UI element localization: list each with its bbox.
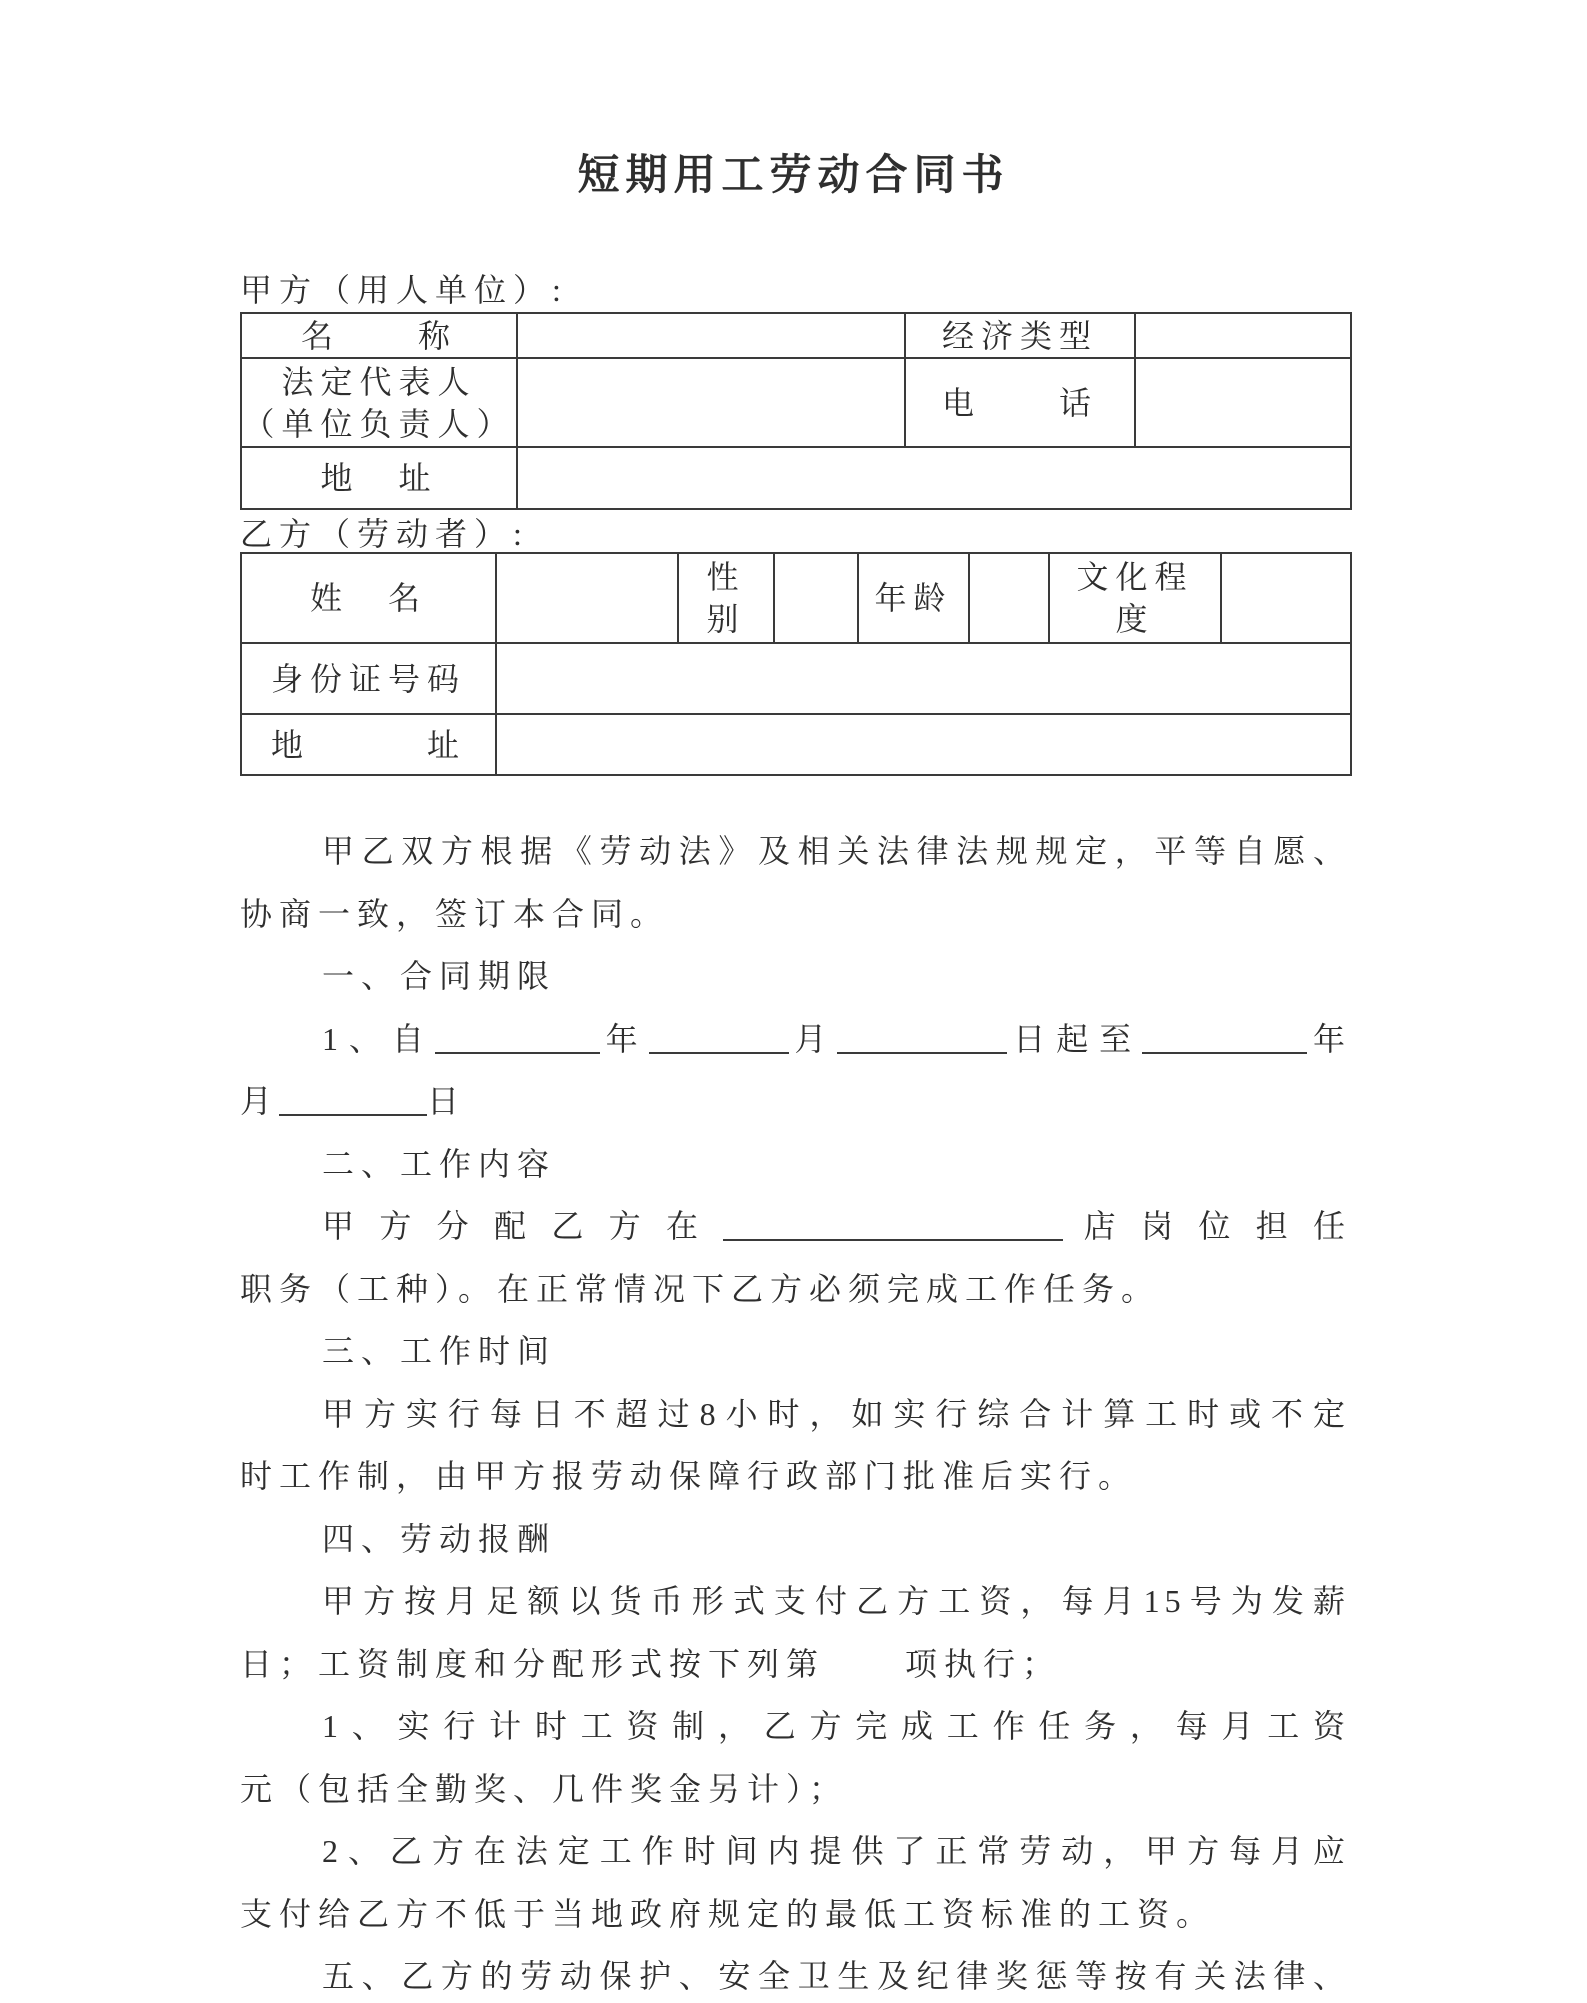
blank-end-year-field [1142, 1008, 1307, 1054]
age-label-cell: 年龄 [858, 553, 969, 643]
gender-label-cell: 性 别 [678, 553, 774, 643]
party-a-heading: 甲方（用人单位）: [240, 268, 568, 312]
pay-item-2-line-2: 支付给乙方不低于当地政府规定的最低工资标准的工资。 [240, 1883, 1350, 1946]
blank-start-month-field [649, 1008, 789, 1054]
body-paragraph-1-line-1: 甲乙双方根据《劳动法》及相关法律法规规定，平等自愿、 [240, 820, 1350, 883]
table-row: 法定代表人 （单位负责人） 电 话 [241, 358, 1351, 447]
id-number-value-cell [496, 643, 1351, 714]
party-b-heading: 乙方（劳动者）: [240, 512, 529, 556]
phone-label-cell: 电 话 [905, 358, 1135, 447]
legal-rep-label-cell: 法定代表人 （单位负责人） [241, 358, 517, 447]
blank-start-day-field [837, 1008, 1007, 1054]
party-b-address-label-cell: 地 址 [241, 714, 496, 775]
blank-option-number-gap [825, 1633, 905, 1677]
date-line-year1-label: 年 [600, 1021, 649, 1057]
contract-document-page: 短期用工劳动合同书 甲方（用人单位）: 名 称 经济类型 法定代表人 （单位负责… [0, 0, 1587, 2003]
date-line2-day-label: 日 [427, 1083, 466, 1119]
table-row: 姓 名 性 别 年龄 文化程 度 [241, 553, 1351, 643]
phone-value-cell [1135, 358, 1351, 447]
section-heading-3: 三、工作时间 [240, 1320, 1350, 1383]
party-b-address-value-cell [496, 714, 1351, 775]
pay-line-2-suffix: 项执行； [905, 1646, 1061, 1682]
table-row: 名 称 经济类型 [241, 313, 1351, 358]
pay-line-2-prefix: 日；工资制度和分配形式按下列第 [240, 1646, 825, 1682]
company-name-label-cell: 名 称 [241, 313, 517, 358]
education-value-cell [1221, 553, 1351, 643]
contract-term-date-line: 1、自年月日起至年 [240, 1008, 1350, 1071]
work-time-line-2: 时工作制，由甲方报劳动保障行政部门批准后实行。 [240, 1445, 1350, 1508]
pay-line-2: 日；工资制度和分配形式按下列第项执行； [240, 1633, 1350, 1696]
date-line-prefix: 1、自 [322, 1021, 435, 1057]
blank-start-year-field [435, 1008, 600, 1054]
body-paragraph-1-line-2: 协商一致，签订本合同。 [240, 883, 1350, 946]
section-heading-4: 四、劳动报酬 [240, 1508, 1350, 1571]
section-heading-1: 一、合同期限 [240, 945, 1350, 1008]
blank-end-month-field [279, 1070, 427, 1116]
document-title: 短期用工劳动合同书 [0, 145, 1587, 207]
section-heading-2: 二、工作内容 [240, 1133, 1350, 1196]
work-time-line-1: 甲方实行每日不超过8小时，如实行综合计算工时或不定 [240, 1383, 1350, 1446]
work-line-prefix: 甲方分配乙方在 [322, 1208, 723, 1244]
age-value-cell [969, 553, 1049, 643]
date-line-month1-label: 月 [789, 1021, 838, 1057]
work-assignment-line-2: 职务（工种）。在正常情况下乙方必须完成工作任务。 [240, 1258, 1350, 1321]
party-a-address-value-cell [517, 447, 1351, 509]
party-a-table: 名 称 经济类型 法定代表人 （单位负责人） 电 话 地 址 [240, 312, 1352, 510]
work-line-suffix: 店岗位担任 [1063, 1208, 1350, 1244]
date-line-year2-label: 年 [1307, 1021, 1350, 1057]
pay-item-2-line-1: 2、乙方在法定工作时间内提供了正常劳动，甲方每月应 [240, 1820, 1350, 1883]
gender-label-line2: 别 [679, 598, 773, 640]
table-row: 身份证号码 [241, 643, 1351, 714]
legal-rep-value-cell [517, 358, 905, 447]
table-row: 地 址 [241, 447, 1351, 509]
section-5-line-1: 五、乙方的劳动保护、安全卫生及纪律奖惩等按有关法律、 [240, 1945, 1350, 2003]
contract-body: 甲乙双方根据《劳动法》及相关法律法规规定，平等自愿、 协商一致，签订本合同。 一… [240, 820, 1350, 2003]
company-name-value-cell [517, 313, 905, 358]
econ-type-label-cell: 经济类型 [905, 313, 1135, 358]
worker-name-value-cell [496, 553, 678, 643]
worker-name-label-cell: 姓 名 [241, 553, 496, 643]
id-number-label-cell: 身份证号码 [241, 643, 496, 714]
pay-line-1: 甲方按月足额以货币形式支付乙方工资，每月15号为发薪 [240, 1570, 1350, 1633]
table-row: 地 址 [241, 714, 1351, 775]
pay-item-1-line-2: 元（包括全勤奖、几件奖金另计）； [240, 1758, 1350, 1821]
education-label-line1: 文化程 [1050, 556, 1220, 598]
pay-item-1-line-1: 1、实行计时工资制，乙方完成工作任务，每月工资 [240, 1695, 1350, 1758]
legal-rep-label-line2: （单位负责人） [242, 403, 516, 445]
contract-term-date-line-2: 月日 [240, 1070, 1350, 1133]
education-label-line2: 度 [1050, 598, 1220, 640]
gender-label-line1: 性 [679, 556, 773, 598]
date-line2-month-label: 月 [240, 1083, 279, 1119]
blank-store-name-field [723, 1195, 1063, 1241]
econ-type-value-cell [1135, 313, 1351, 358]
work-assignment-line: 甲方分配乙方在店岗位担任 [240, 1195, 1350, 1258]
legal-rep-label-line1: 法定代表人 [242, 361, 516, 403]
party-b-table: 姓 名 性 别 年龄 文化程 度 身份证号码 地 址 [240, 552, 1352, 776]
gender-value-cell [774, 553, 858, 643]
party-a-address-label-cell: 地 址 [241, 447, 517, 509]
date-line-until-label: 日起至 [1007, 1021, 1142, 1057]
education-label-cell: 文化程 度 [1049, 553, 1221, 643]
